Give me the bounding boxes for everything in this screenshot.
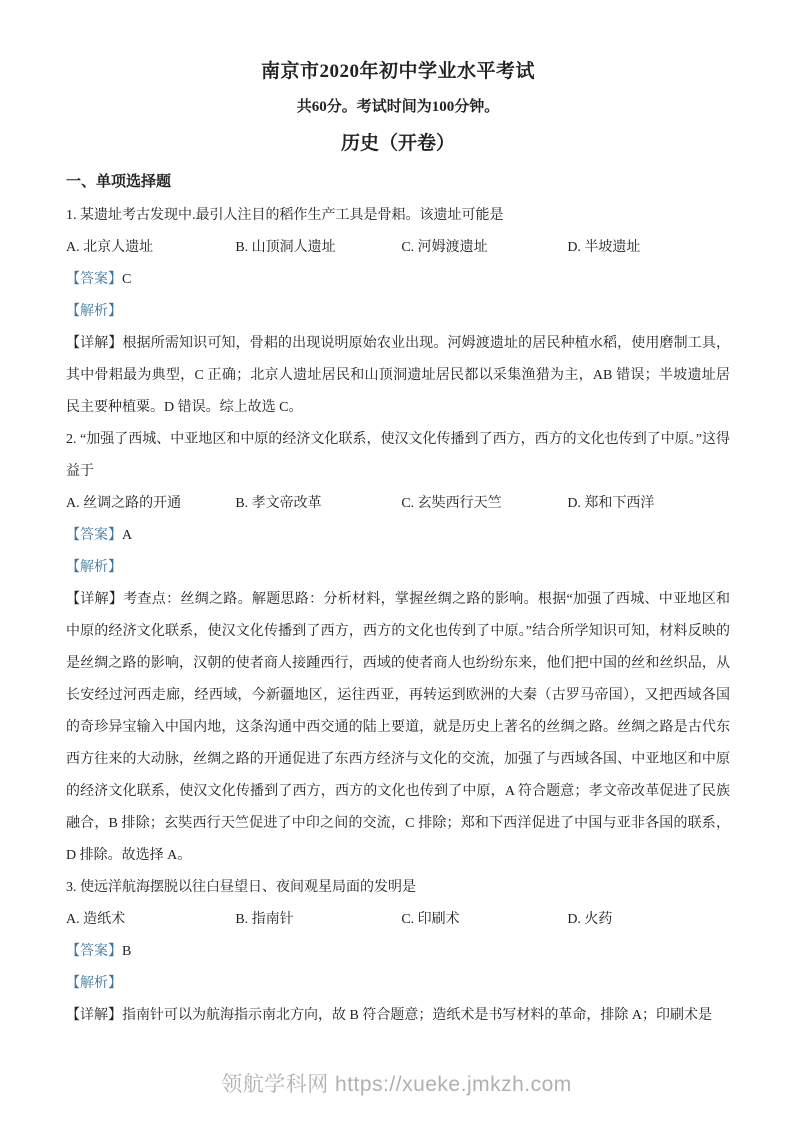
analysis-line: 【解析】 xyxy=(66,968,730,1000)
exam-score-time-line: 共60分。考试时间为100分钟。 xyxy=(66,90,730,124)
option-d: D. 火药 xyxy=(567,904,730,936)
option-b: B. 山顶洞人遗址 xyxy=(235,232,401,264)
question-3-block: 3. 使远洋航海摆脱以往白昼望日、夜间观星局面的发明是 A. 造纸术 B. 指南… xyxy=(66,872,730,1032)
analysis-label: 【解析】 xyxy=(66,560,122,575)
detail-text: 考查点：丝绸之路。解题思路：分析材料，掌握丝绸之路的影响。根据“加强了西城、中亚… xyxy=(66,592,730,863)
section-heading: 一、单项选择题 xyxy=(66,164,730,200)
analysis-line: 【解析】 xyxy=(66,552,730,584)
option-a: A. 北京人遗址 xyxy=(66,232,235,264)
analysis-label: 【解析】 xyxy=(66,976,122,991)
answer-label: 【答案】 xyxy=(66,272,122,287)
question-2-block: 2. “加强了西城、中亚地区和中原的经济文化联系，使汉文化传播到了西方，西方的文… xyxy=(66,424,730,872)
detail-label: 【详解】 xyxy=(66,592,123,607)
question-1-block: 1. 某遗址考古发现中.最引人注目的稻作生产工具是骨耜。该遗址可能是 A. 北京… xyxy=(66,200,730,424)
subject-line: 历史（开卷） xyxy=(66,124,730,164)
option-b: B. 孝文帝改革 xyxy=(235,488,401,520)
detail-label: 【详解】 xyxy=(66,1008,122,1023)
detail-paragraph: 【详解】考查点：丝绸之路。解题思路：分析材料，掌握丝绸之路的影响。根据“加强了西… xyxy=(66,584,730,872)
option-c: C. 河姆渡遗址 xyxy=(401,232,567,264)
page-title: 南京市2020年初中学业水平考试 xyxy=(66,54,730,90)
detail-text: 指南针可以为航海指示南北方向，故 B 符合题意；造纸术是书写材料的革命，排除 A… xyxy=(122,1008,712,1023)
question-options: A. 丝调之路的开通 B. 孝文帝改革 C. 玄奘西行天竺 D. 郑和下西洋 xyxy=(66,488,730,520)
answer-value: A xyxy=(122,528,132,543)
detail-label: 【详解】 xyxy=(66,336,123,351)
answer-line: 【答案】B xyxy=(66,936,730,968)
analysis-label: 【解析】 xyxy=(66,304,122,319)
question-options: A. 造纸术 B. 指南针 C. 印刷术 D. 火药 xyxy=(66,904,730,936)
question-stem: 3. 使远洋航海摆脱以往白昼望日、夜间观星局面的发明是 xyxy=(66,872,730,904)
analysis-line: 【解析】 xyxy=(66,296,730,328)
option-b: B. 指南针 xyxy=(235,904,401,936)
question-options: A. 北京人遗址 B. 山顶洞人遗址 C. 河姆渡遗址 D. 半坡遗址 xyxy=(66,232,730,264)
answer-line: 【答案】C xyxy=(66,264,730,296)
option-c: C. 印刷术 xyxy=(401,904,567,936)
option-c: C. 玄奘西行天竺 xyxy=(401,488,567,520)
answer-value: C xyxy=(122,272,131,287)
answer-value: B xyxy=(122,944,131,959)
document-content: 南京市2020年初中学业水平考试 共60分。考试时间为100分钟。 历史（开卷）… xyxy=(0,0,793,1032)
question-stem: 2. “加强了西城、中亚地区和中原的经济文化联系，使汉文化传播到了西方，西方的文… xyxy=(66,424,730,488)
question-stem: 1. 某遗址考古发现中.最引人注目的稻作生产工具是骨耜。该遗址可能是 xyxy=(66,200,730,232)
detail-text: 根据所需知识可知，骨耜的出现说明原始农业出现。河姆渡遗址的居民种植水稻，使用磨制… xyxy=(66,336,730,415)
answer-label: 【答案】 xyxy=(66,528,122,543)
option-a: A. 丝调之路的开通 xyxy=(66,488,235,520)
answer-line: 【答案】A xyxy=(66,520,730,552)
site-watermark: 领航学科网 https://xueke.jmkzh.com xyxy=(0,1068,793,1098)
option-a: A. 造纸术 xyxy=(66,904,235,936)
option-d: D. 半坡遗址 xyxy=(567,232,730,264)
detail-paragraph: 【详解】指南针可以为航海指示南北方向，故 B 符合题意；造纸术是书写材料的革命，… xyxy=(66,1000,730,1032)
option-d: D. 郑和下西洋 xyxy=(567,488,730,520)
detail-paragraph: 【详解】根据所需知识可知，骨耜的出现说明原始农业出现。河姆渡遗址的居民种植水稻，… xyxy=(66,328,730,424)
answer-label: 【答案】 xyxy=(66,944,122,959)
exam-document-page: { "document": { "title": "南京市2020年初中学业水平… xyxy=(0,0,793,1122)
